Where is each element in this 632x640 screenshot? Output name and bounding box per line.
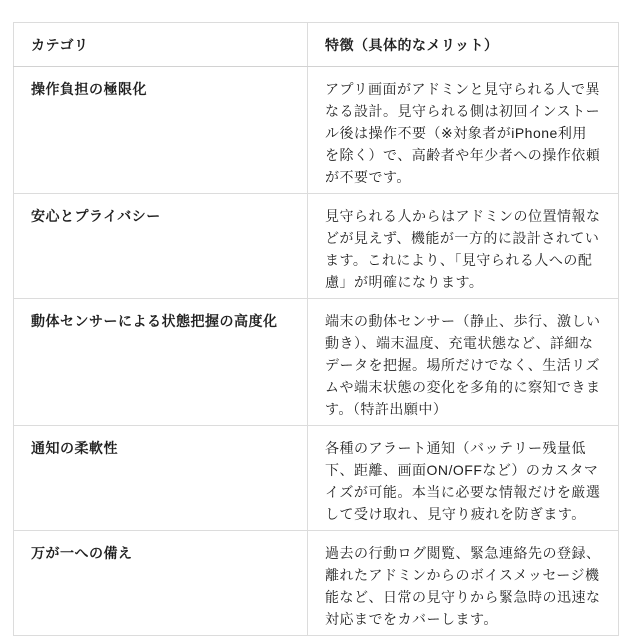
row-category: 安心とプライバシー <box>14 194 308 299</box>
feature-comparison-table: カテゴリ 特徴（具体的なメリット） 操作負担の極限化 アプリ画面がアドミンと見守… <box>13 22 619 636</box>
row-features: 各種のアラート通知（バッテリー残量低下、距離、画面ON/OFFなど）のカスタマイ… <box>308 426 619 531</box>
row-features: 見守られる人からはアドミンの位置情報などが見えず、機能が一方的に設計されています… <box>308 194 619 299</box>
row-features: 過去の行動ログ閲覧、緊急連絡先の登録、離れたアドミンからのボイスメッセージ機能な… <box>308 531 619 636</box>
row-features: アプリ画面がアドミンと見守られる人で異なる設計。見守られる側は初回インストール後… <box>308 67 619 194</box>
table-row: 操作負担の極限化 アプリ画面がアドミンと見守られる人で異なる設計。見守られる側は… <box>14 67 619 194</box>
row-category: 操作負担の極限化 <box>14 67 308 194</box>
row-features: 端末の動体センサー（静止、歩行、激しい動き）、端末温度、充電状態など、詳細なデー… <box>308 299 619 426</box>
header-features: 特徴（具体的なメリット） <box>308 23 619 67</box>
row-category: 動体センサーによる状態把握の高度化 <box>14 299 308 426</box>
row-category: 万が一への備え <box>14 531 308 636</box>
page: カテゴリ 特徴（具体的なメリット） 操作負担の極限化 アプリ画面がアドミンと見守… <box>0 0 632 640</box>
row-category: 通知の柔軟性 <box>14 426 308 531</box>
table-row: 動体センサーによる状態把握の高度化 端末の動体センサー（静止、歩行、激しい動き）… <box>14 299 619 426</box>
table-row: 安心とプライバシー 見守られる人からはアドミンの位置情報などが見えず、機能が一方… <box>14 194 619 299</box>
table-row: 万が一への備え 過去の行動ログ閲覧、緊急連絡先の登録、離れたアドミンからのボイス… <box>14 531 619 636</box>
table-header-row: カテゴリ 特徴（具体的なメリット） <box>14 23 619 67</box>
header-category: カテゴリ <box>14 23 308 67</box>
table-row: 通知の柔軟性 各種のアラート通知（バッテリー残量低下、距離、画面ON/OFFなど… <box>14 426 619 531</box>
